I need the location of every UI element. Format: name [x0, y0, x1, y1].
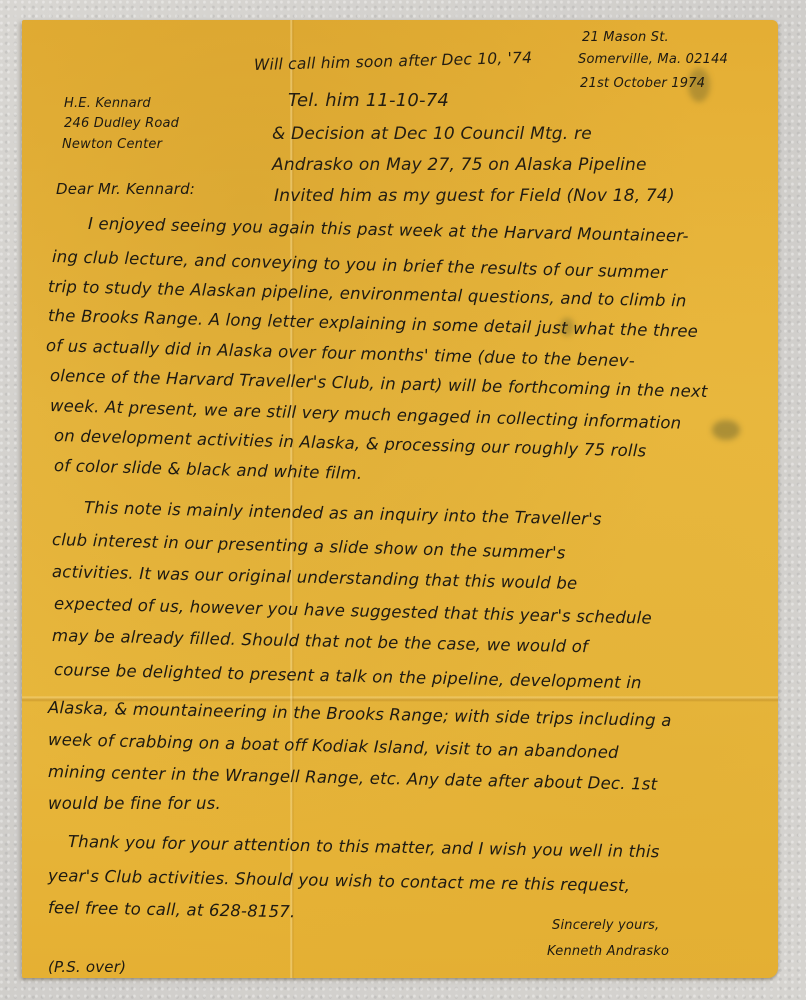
signature: Kenneth Andrasko: [547, 944, 669, 959]
sender-street: 21 Mason St.: [582, 30, 669, 45]
body-line: would be fine for us.: [48, 794, 221, 813]
postscript: (P.S. over): [48, 958, 126, 976]
letter-date: 21st October 1974: [580, 76, 705, 91]
ink-smudge-right: [712, 420, 740, 440]
annotation-invited: Invited him as my guest for Field (Nov 1…: [274, 186, 675, 206]
annotation-andrasko: Andrasko on May 27, 75 on Alaska Pipelin…: [272, 155, 647, 175]
annotation-decision: & Decision at Dec 10 Council Mtg. re: [272, 124, 592, 144]
closing: Sincerely yours,: [552, 918, 659, 933]
annotation-tel: Tel. him 11-10-74: [288, 90, 449, 111]
sender-city: Somerville, Ma. 02144: [578, 52, 728, 67]
recipient-name: H.E. Kennard: [64, 96, 151, 111]
salutation: Dear Mr. Kennard:: [56, 180, 195, 198]
recipient-city: Newton Center: [62, 137, 162, 152]
recipient-street: 246 Dudley Road: [64, 116, 179, 131]
